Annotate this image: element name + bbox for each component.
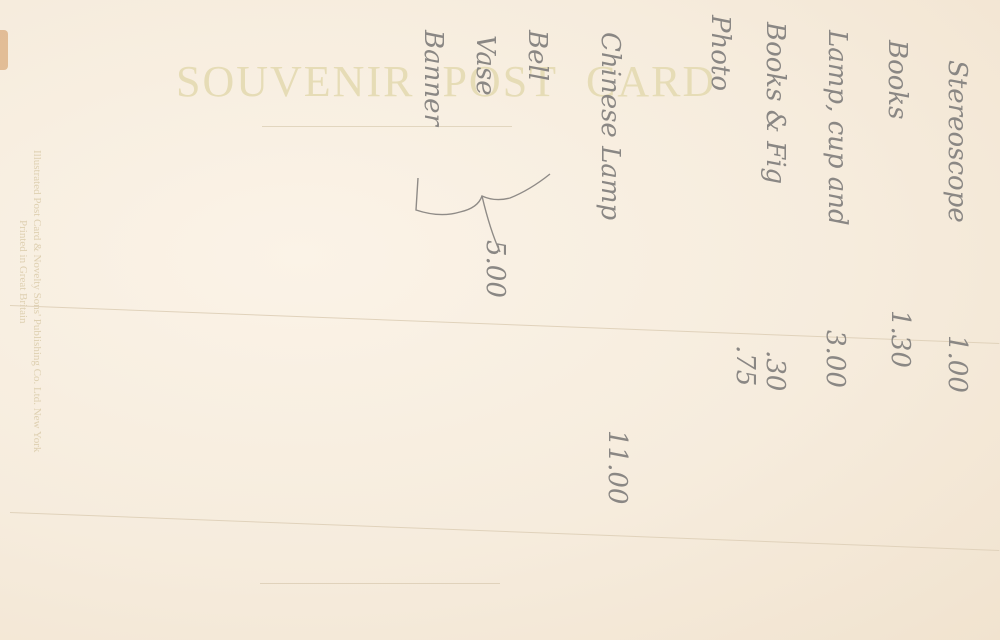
postcard-back: SOUVENIRPOSTCARD Illustrated Post Card &… [0,0,1000,640]
edge-stain [0,30,8,70]
hw-item-lamp-cup: Lamp, cup and [822,30,852,226]
publisher-imprint: Illustrated Post Card & Novelty Sons' Pu… [16,150,44,452]
header-word-souvenir: SOUVENIR [176,57,414,106]
hw-price-stereoscope: 1.00 [942,335,972,393]
hw-item-books-fig: Books & Fig [760,22,790,184]
souvenir-post-card-header: SOUVENIRPOSTCARD [176,56,744,107]
handwritten-brace-icon [400,160,600,280]
address-line-2 [10,512,999,551]
hw-price-books-fig: .30 [760,350,790,391]
hw-item-books: Books [882,40,912,120]
hw-price-chinese-lamp: 11.00 [602,430,632,504]
hw-price-lamp-cup: 3.00 [820,330,850,388]
hw-price-photo: .75 [730,345,760,386]
divider-line [262,126,512,127]
hw-item-bell: Bell [522,30,552,81]
hw-item-stereoscope: Stereoscope [942,60,972,223]
hw-price-books: 1.30 [885,310,915,368]
hw-item-banner: Banner [418,30,448,126]
address-line-1 [10,305,999,344]
publisher-line-1: Illustrated Post Card & Novelty Sons' Pu… [30,150,44,452]
hw-item-photo: Photo [705,15,735,91]
hw-item-vase: Vase [470,35,500,96]
publisher-line-2: Printed in Great Britain [16,150,30,452]
address-line-3 [260,583,500,584]
